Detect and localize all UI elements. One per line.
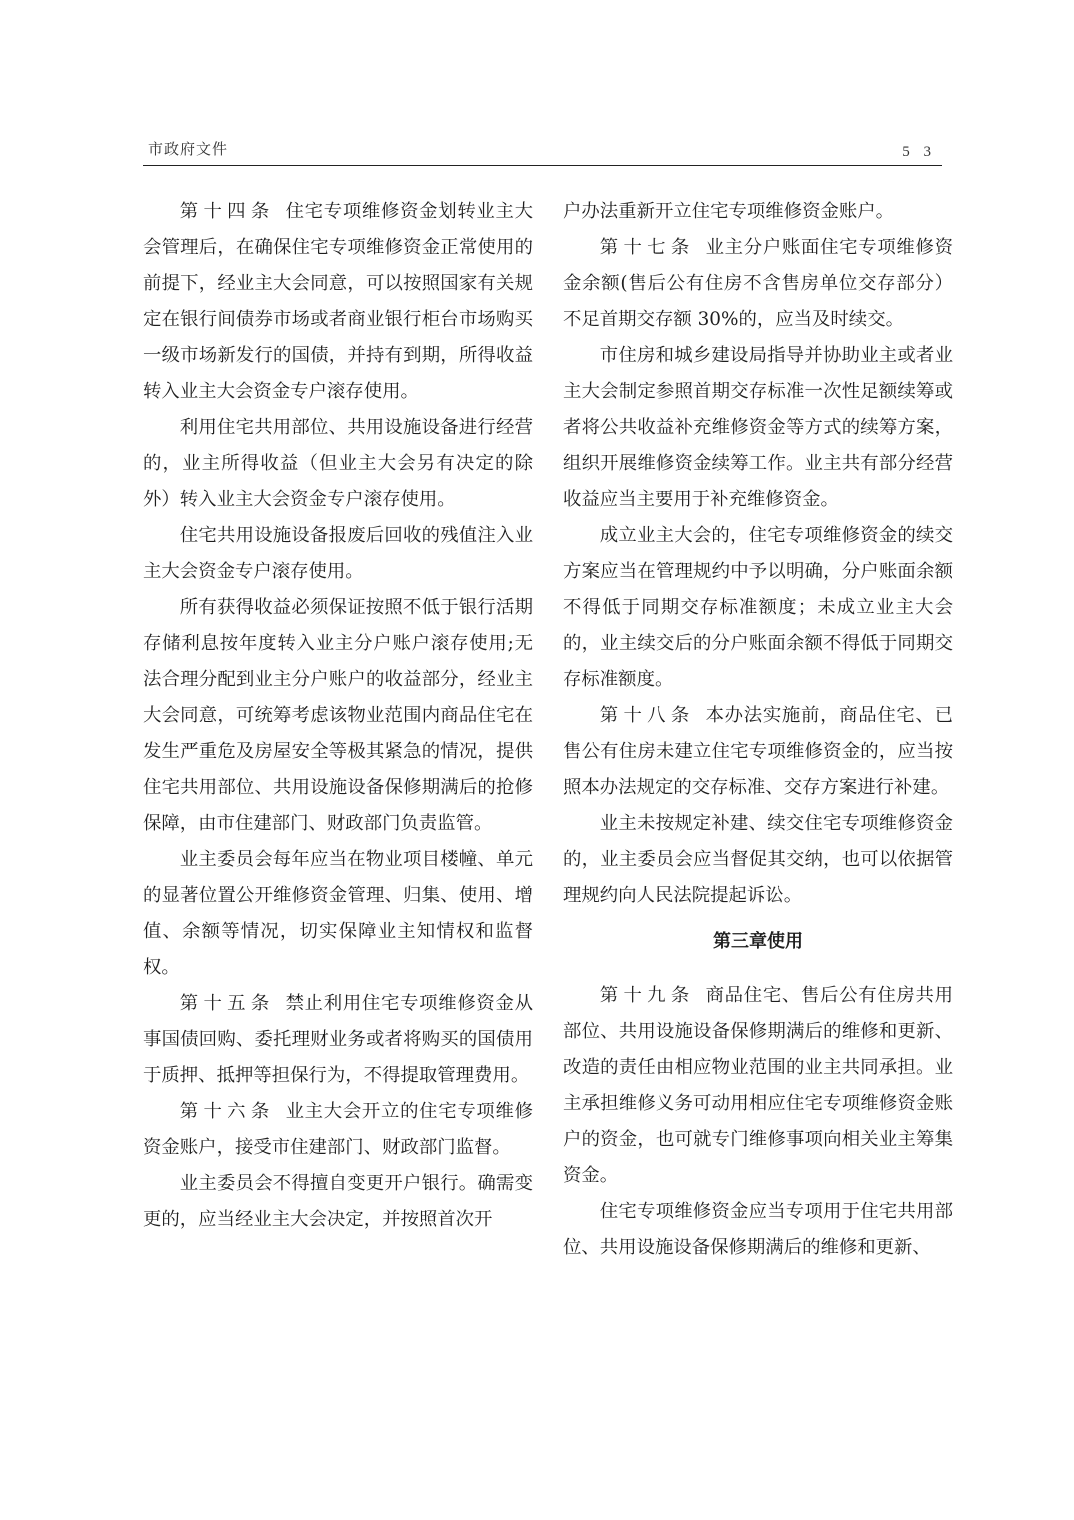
paragraph: 利用住宅共用部位、共用设施设备进行经营的，业主所得收益（但业主大会另有决定的除外… <box>143 410 533 518</box>
paragraph: 业主未按规定补建、续交住宅专项维修资金的，业主委员会应当督促其交纳，也可以依据管… <box>563 806 953 914</box>
article-label: 第十七条 <box>600 237 695 258</box>
paragraph: 住宅专项维修资金应当专项用于住宅共用部位、共用设施设备保修期满后的维修和更新、 <box>563 1194 953 1266</box>
article-label: 第十八条 <box>600 705 695 726</box>
article-17: 第十七条业主分户账面住宅专项维修资金余额(售后公有住房不含售房单位交存部分）不足… <box>563 230 953 338</box>
paragraph-text: 住宅专项维修资金应当专项用于住宅共用部位、共用设施设备保修期满后的维修和更新、 <box>563 1201 953 1258</box>
paragraph-text: 利用住宅共用部位、共用设施设备进行经营的，业主所得收益（但业主大会另有决定的除外… <box>143 417 533 510</box>
paragraph-text: 成立业主大会的，住宅专项维修资金的续交方案应当在管理规约中予以明确，分户账面余额… <box>563 525 953 690</box>
article-15: 第十五条禁止利用住宅专项维修资金从事国债回购、委托理财业务或者将购买的国债用于质… <box>143 986 533 1094</box>
paragraph: 市住房和城乡建设局指导并协助业主或者业主大会制定参照首期交存标准一次性足额续筹或… <box>563 338 953 518</box>
article-19: 第十九条商品住宅、售后公有住房共用部位、共用设施设备保修期满后的维修和更新、改造… <box>563 978 953 1194</box>
chapter-heading: 第三章使用 <box>563 924 953 960</box>
article-text: 住宅专项维修资金划转业主大会管理后，在确保住宅专项维修资金正常使用的前提下，经业… <box>143 201 533 402</box>
article-label: 第十九条 <box>600 985 695 1006</box>
paragraph: 住宅共用设施设备报废后回收的残值注入业主大会资金专户滚存使用。 <box>143 518 533 590</box>
paragraph-text: 户办法重新开立住宅专项维修资金账户。 <box>563 201 894 222</box>
article-label: 第十六条 <box>180 1101 275 1122</box>
article-14: 第十四条住宅专项维修资金划转业主大会管理后，在确保住宅专项维修资金正常使用的前提… <box>143 194 533 410</box>
paragraph: 成立业主大会的，住宅专项维修资金的续交方案应当在管理规约中予以明确，分户账面余额… <box>563 518 953 698</box>
paragraph-text: 业主委员会每年应当在物业项目楼幢、单元的显著位置公开维修资金管理、归集、使用、增… <box>143 849 533 978</box>
article-16: 第十六条业主大会开立的住宅专项维修资金账户，接受市住建部门、财政部门监督。 <box>143 1094 533 1166</box>
article-18: 第十八条本办法实施前，商品住宅、已售公有住房未建立住宅专项维修资金的，应当按照本… <box>563 698 953 806</box>
paragraph: 所有获得收益必须保证按照不低于银行活期存储利息按年度转入业主分户账户滚存使用;无… <box>143 590 533 842</box>
article-label: 第十五条 <box>180 993 275 1014</box>
left-column: 第十四条住宅专项维修资金划转业主大会管理后，在确保住宅专项维修资金正常使用的前提… <box>143 194 533 1238</box>
article-text: 商品住宅、售后公有住房共用部位、共用设施设备保修期满后的维修和更新、改造的责任由… <box>563 985 953 1186</box>
header-title: 市政府文件 <box>148 138 228 159</box>
paragraph: 业主委员会不得擅自变更开户银行。确需变更的，应当经业主大会决定，并按照首次开 <box>143 1166 533 1238</box>
page-header: 市政府文件 5 3 <box>143 136 942 166</box>
paragraph-text: 业主委员会不得擅自变更开户银行。确需变更的，应当经业主大会决定，并按照首次开 <box>143 1173 533 1230</box>
article-label: 第十四条 <box>180 201 275 222</box>
paragraph-text: 住宅共用设施设备报废后回收的残值注入业主大会资金专户滚存使用。 <box>143 525 533 582</box>
right-column: 户办法重新开立住宅专项维修资金账户。 第十七条业主分户账面住宅专项维修资金余额(… <box>563 194 953 1266</box>
page-number: 5 3 <box>902 144 936 161</box>
paragraph: 业主委员会每年应当在物业项目楼幢、单元的显著位置公开维修资金管理、归集、使用、增… <box>143 842 533 986</box>
continuation-paragraph: 户办法重新开立住宅专项维修资金账户。 <box>563 194 953 230</box>
paragraph-text: 所有获得收益必须保证按照不低于银行活期存储利息按年度转入业主分户账户滚存使用;无… <box>143 597 533 834</box>
paragraph-text: 业主未按规定补建、续交住宅专项维修资金的，业主委员会应当督促其交纳，也可以依据管… <box>563 813 953 906</box>
paragraph-text: 市住房和城乡建设局指导并协助业主或者业主大会制定参照首期交存标准一次性足额续筹或… <box>563 345 953 510</box>
